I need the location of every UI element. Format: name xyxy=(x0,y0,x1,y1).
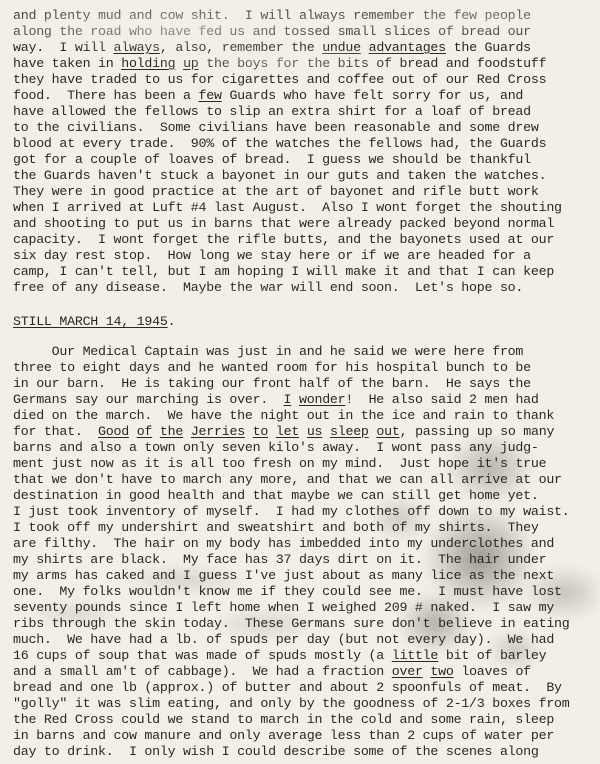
underlined-text: sleep xyxy=(330,424,369,439)
underlined-text: up xyxy=(183,56,198,71)
underlined-text: wonder xyxy=(299,392,345,407)
text-line: are filthy. The hair on my body has imbe… xyxy=(13,536,594,552)
date-heading: STILL MARCH 14, 1945. xyxy=(13,314,594,330)
underlined-text: Good xyxy=(98,424,129,439)
underlined-text: of xyxy=(137,424,152,439)
text-line: my shirts are black. My face has 37 days… xyxy=(13,552,594,568)
text-line: 16 cups of soup that was made of spuds m… xyxy=(13,648,594,664)
text-line: they have traded to us for cigarettes an… xyxy=(13,72,594,88)
text-line: along the road who have fed us and tosse… xyxy=(13,24,594,40)
underlined-text: always xyxy=(113,40,159,55)
text-line: Our Medical Captain was just in and he s… xyxy=(13,344,594,360)
text-line: that we don't have to march any more, an… xyxy=(13,472,594,488)
underlined-text: us xyxy=(307,424,322,439)
underlined-text: the xyxy=(160,424,183,439)
diary-entry-paragraph: Our Medical Captain was just in and he s… xyxy=(13,344,594,760)
text-line: Germans say our marching is over. I wond… xyxy=(13,392,594,408)
text-line: in barns and cow manure and only average… xyxy=(13,728,594,744)
text-line: day to drink. I only wish I could descri… xyxy=(13,744,594,760)
text-line: seventy pounds since I left home when I … xyxy=(13,600,594,616)
text-line: way. I will always, also, remember the u… xyxy=(13,40,594,56)
text-line: barns and also a town only seven kilo's … xyxy=(13,440,594,456)
text-line: free of any disease. Maybe the war will … xyxy=(13,280,594,296)
text-line: the Guards haven't stuck a bayonet in ou… xyxy=(13,168,594,184)
underlined-text: I xyxy=(284,392,292,407)
underlined-text: little xyxy=(392,648,438,663)
text-line: got for a couple of loaves of bread. I g… xyxy=(13,152,594,168)
text-line: have taken in holding up the boys for th… xyxy=(13,56,594,72)
text-line: ribs through the skin today. These Germa… xyxy=(13,616,594,632)
text-line: They were in good practice at the art of… xyxy=(13,184,594,200)
text-line: and a small am't of cabbage). We had a f… xyxy=(13,664,594,680)
text-line: "golly" it was slim eating, and only by … xyxy=(13,696,594,712)
text-line: when I arrived at Luft #4 last August. A… xyxy=(13,200,594,216)
underlined-text: two xyxy=(430,664,453,679)
text-line: blood at every trade. 90% of the watches… xyxy=(13,136,594,152)
text-line: three to eight days and he wanted room f… xyxy=(13,360,594,376)
text-line: STILL MARCH 14, 1945. xyxy=(13,314,594,330)
text-line: destination in good health and that mayb… xyxy=(13,488,594,504)
text-line: I just took inventory of myself. I had m… xyxy=(13,504,594,520)
text-line: camp, I can't tell, but I am hoping I wi… xyxy=(13,264,594,280)
text-line: and shooting to put us in barns that wer… xyxy=(13,216,594,232)
underlined-text: over xyxy=(392,664,423,679)
underlined-text: STILL MARCH 14, 1945 xyxy=(13,314,168,329)
underlined-text: holding xyxy=(121,56,175,71)
text-line: in our barn. He is taking our front half… xyxy=(13,376,594,392)
underlined-text: undue xyxy=(322,40,361,55)
text-line: I took off my undershirt and sweatshirt … xyxy=(13,520,594,536)
text-line: to the civilians. Some civilians have be… xyxy=(13,120,594,136)
text-line: my arms has caked and I guess I've just … xyxy=(13,568,594,584)
continuation-paragraph: and plenty mud and cow shit. I will alwa… xyxy=(13,8,594,296)
underlined-text: advantages xyxy=(369,40,446,55)
scanned-page: and plenty mud and cow shit. I will alwa… xyxy=(0,0,600,764)
underlined-text: Jerries xyxy=(191,424,245,439)
underlined-text: out xyxy=(376,424,399,439)
text-line: six day rest stop. How long we stay here… xyxy=(13,248,594,264)
text-line: died on the march. We have the night out… xyxy=(13,408,594,424)
document-text: and plenty mud and cow shit. I will alwa… xyxy=(13,8,594,760)
text-line: ment just now as it is all too fresh on … xyxy=(13,456,594,472)
underlined-text: to xyxy=(253,424,268,439)
text-line: have allowed the fellows to slip an extr… xyxy=(13,104,594,120)
text-line: and plenty mud and cow shit. I will alwa… xyxy=(13,8,594,24)
text-line: one. My folks wouldn't know me if they c… xyxy=(13,584,594,600)
underlined-text: let xyxy=(276,424,299,439)
text-line: for that. Good of the Jerries to let us … xyxy=(13,424,594,440)
text-line: bread and one lb (approx.) of butter and… xyxy=(13,680,594,696)
text-line: food. There has been a few Guards who ha… xyxy=(13,88,594,104)
text-line: capacity. I wont forget the rifle butts,… xyxy=(13,232,594,248)
text-line: much. We have had a lb. of spuds per day… xyxy=(13,632,594,648)
text-line: the Red Cross could we stand to march in… xyxy=(13,712,594,728)
underlined-text: few xyxy=(199,88,222,103)
